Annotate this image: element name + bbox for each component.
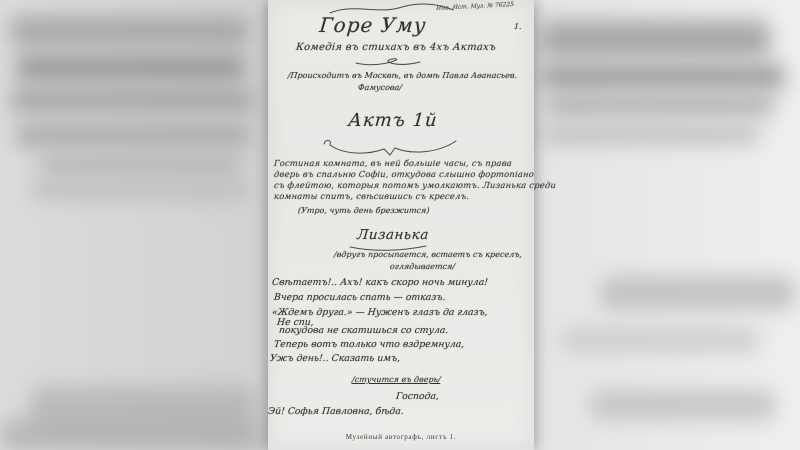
background-blur-band xyxy=(540,20,770,58)
stage-direction-line: Гостиная комната, въ ней большіе часы, с… xyxy=(274,158,513,168)
stage-direction-line: комнаты спитъ, свѣсившись съ креселъ. xyxy=(274,191,470,201)
background-blur-band xyxy=(16,54,246,82)
knock-stage-direction: /стучится въ дверь/ xyxy=(352,375,441,384)
background-blur-band xyxy=(16,122,251,148)
time-note: (Утро, чуть день брезжится) xyxy=(298,206,430,215)
call-line-gospoda: Господа, xyxy=(396,391,440,402)
monologue-line: Теперь вотъ только что вздремнула, xyxy=(274,339,465,350)
background-blur-band xyxy=(0,420,260,450)
background-blur-band xyxy=(540,64,785,90)
manuscript-photo: Инв. Ист. Муз. № 76225 1. Горе Уму Комед… xyxy=(0,0,800,450)
monologue-line: Ужъ день!.. Сказать имъ, xyxy=(270,353,401,364)
monologue-line: Свѣтаетъ!.. Ахъ! какъ скоро ночь минула! xyxy=(272,277,489,288)
manuscript-title: Горе Уму xyxy=(287,13,459,37)
character-direction-line2: оглядывается/ xyxy=(390,262,456,271)
subtitle: Комедія въ стихахъ въ 4хъ Актахъ xyxy=(276,42,517,53)
character-name: Лизанька xyxy=(337,227,448,243)
background-blur-band xyxy=(30,180,250,200)
background-blur-band xyxy=(540,124,760,144)
setting-note-line2: Фамусова/ xyxy=(280,83,481,92)
background-blur-band xyxy=(10,16,250,46)
background-blur-band xyxy=(40,154,240,176)
setting-note-line1: /Происходитъ въ Москвѣ, въ домѣ Павла Аѳ… xyxy=(280,71,526,80)
monologue-line: Вчера просилась спать — отказъ. xyxy=(274,292,447,303)
background-blur-band xyxy=(590,390,775,420)
manuscript-page: Инв. Ист. Муз. № 76225 1. Горе Уму Комед… xyxy=(268,0,534,450)
background-blur-band xyxy=(600,276,795,310)
subtitle-flourish xyxy=(354,56,424,70)
background-blur-band xyxy=(560,328,760,352)
monologue-line: покудова не скатишься со стула. xyxy=(279,325,449,336)
print-caption: Музейный автографъ, листъ 1. xyxy=(303,433,499,441)
stage-direction-line: дверь въ спальню Софіи, откудова слышно … xyxy=(274,169,535,179)
act-heading: Актъ 1й xyxy=(317,110,469,131)
act-heading-flourish xyxy=(320,137,460,159)
background-blur-band xyxy=(545,94,775,116)
call-line-sofia: Эй! Софья Павловна, бѣда. xyxy=(268,406,405,417)
page-number: 1. xyxy=(514,22,522,31)
stage-direction-line: съ флейтою, которыя потомъ умолкаютъ. Ли… xyxy=(274,180,557,190)
character-direction-line1: /вдругъ просыпается, встаетъ съ креселъ, xyxy=(334,250,523,259)
background-blur-band xyxy=(10,88,255,112)
